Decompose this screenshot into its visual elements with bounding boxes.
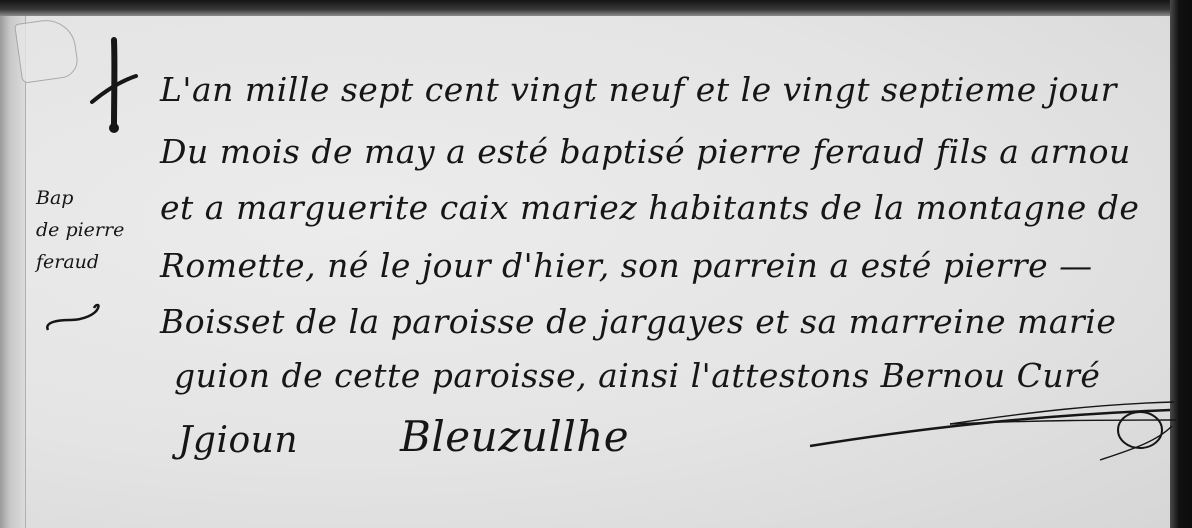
margin-annotation: Bap de pierre feraud bbox=[36, 182, 124, 278]
margin-line: Bap bbox=[36, 182, 124, 214]
signature-witness-2: Bleuzullhe bbox=[400, 412, 629, 461]
record-line-4: Romette, né le jour d'hier, son parrein … bbox=[160, 246, 1093, 285]
binding-top-edge bbox=[0, 0, 1192, 16]
margin-line: de pierre bbox=[36, 214, 124, 246]
page-left-margin-fold bbox=[0, 12, 26, 528]
record-line-3: et a marguerite caix mariez habitants de… bbox=[160, 188, 1139, 227]
document-scan: Bap de pierre feraud L'an mille sept cen… bbox=[0, 0, 1192, 528]
cross-icon bbox=[84, 36, 144, 136]
margin-line: feraud bbox=[36, 246, 124, 278]
signature-paraph-icon bbox=[800, 390, 1180, 470]
record-line-1: L'an mille sept cent vingt neuf et le vi… bbox=[160, 70, 1117, 109]
signature-witness-1: Jgioun bbox=[178, 420, 298, 461]
record-line-5: Boisset de la paroisse de jargayes et sa… bbox=[160, 302, 1116, 341]
margin-flourish-icon bbox=[40, 300, 110, 340]
record-line-2: Du mois de may a esté baptisé pierre fer… bbox=[160, 132, 1131, 171]
